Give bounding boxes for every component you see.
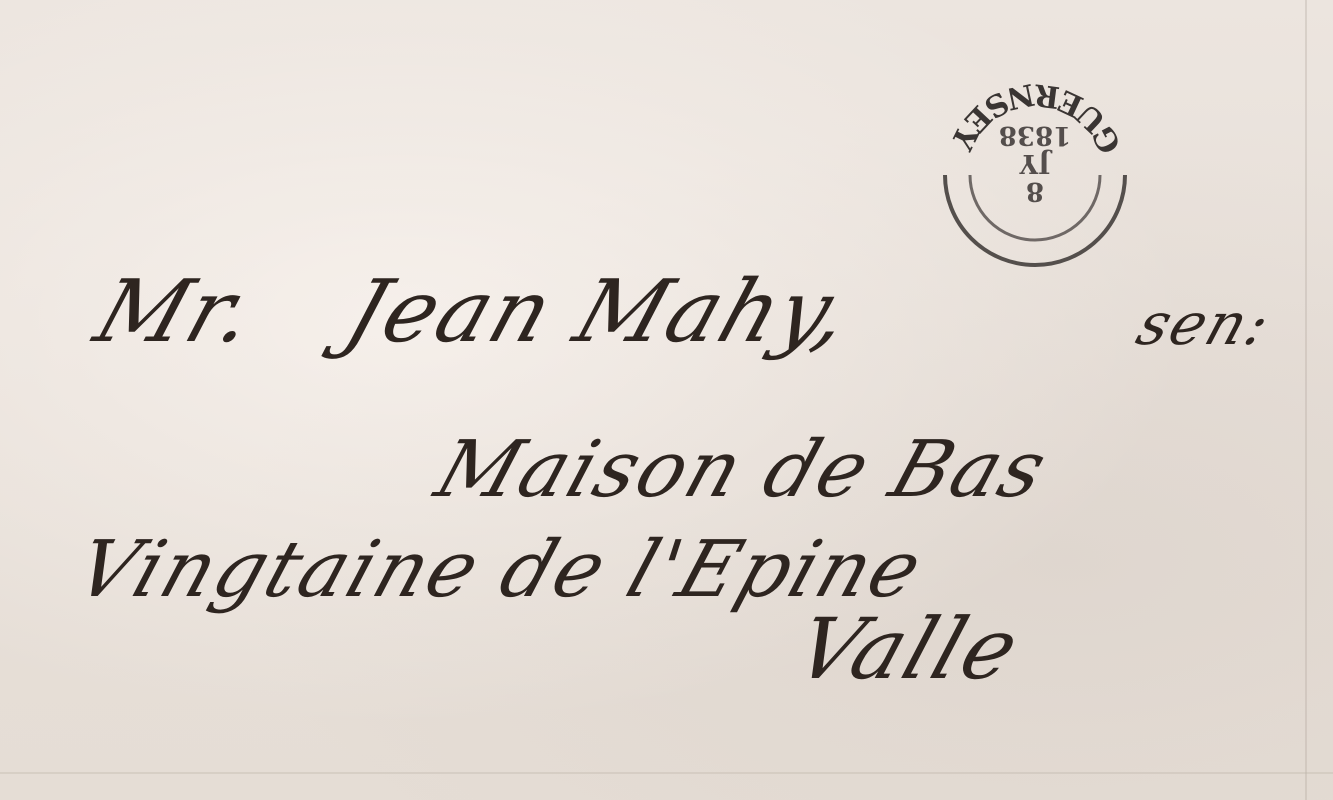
postmark-month: JY (1019, 148, 1052, 178)
address-suffix: sen: (1129, 290, 1280, 358)
address-house: Maison de Bas (425, 425, 1058, 515)
address-parish: Valle (784, 600, 1032, 698)
address-name-first: Jean Mahy, (334, 262, 865, 362)
envelope-fold-bottom (0, 772, 1333, 774)
envelope-fold-right (1305, 0, 1307, 800)
address-vingtaine: Vingtaine de l'Epine (65, 525, 934, 615)
postmark-year: 1838 (999, 120, 1071, 150)
envelope: GUERNSEY 8 JY 1838 Mr. Jean Mahy, sen: M… (0, 0, 1333, 800)
address-salutation: Mr. (84, 262, 270, 362)
postmark-day: 8 (1026, 176, 1044, 206)
address-name: Jean Mahy, (334, 262, 865, 362)
postmark-circle-icon: GUERNSEY 8 JY 1838 (915, 55, 1155, 295)
postmark-stamp: GUERNSEY 8 JY 1838 (915, 55, 1155, 295)
